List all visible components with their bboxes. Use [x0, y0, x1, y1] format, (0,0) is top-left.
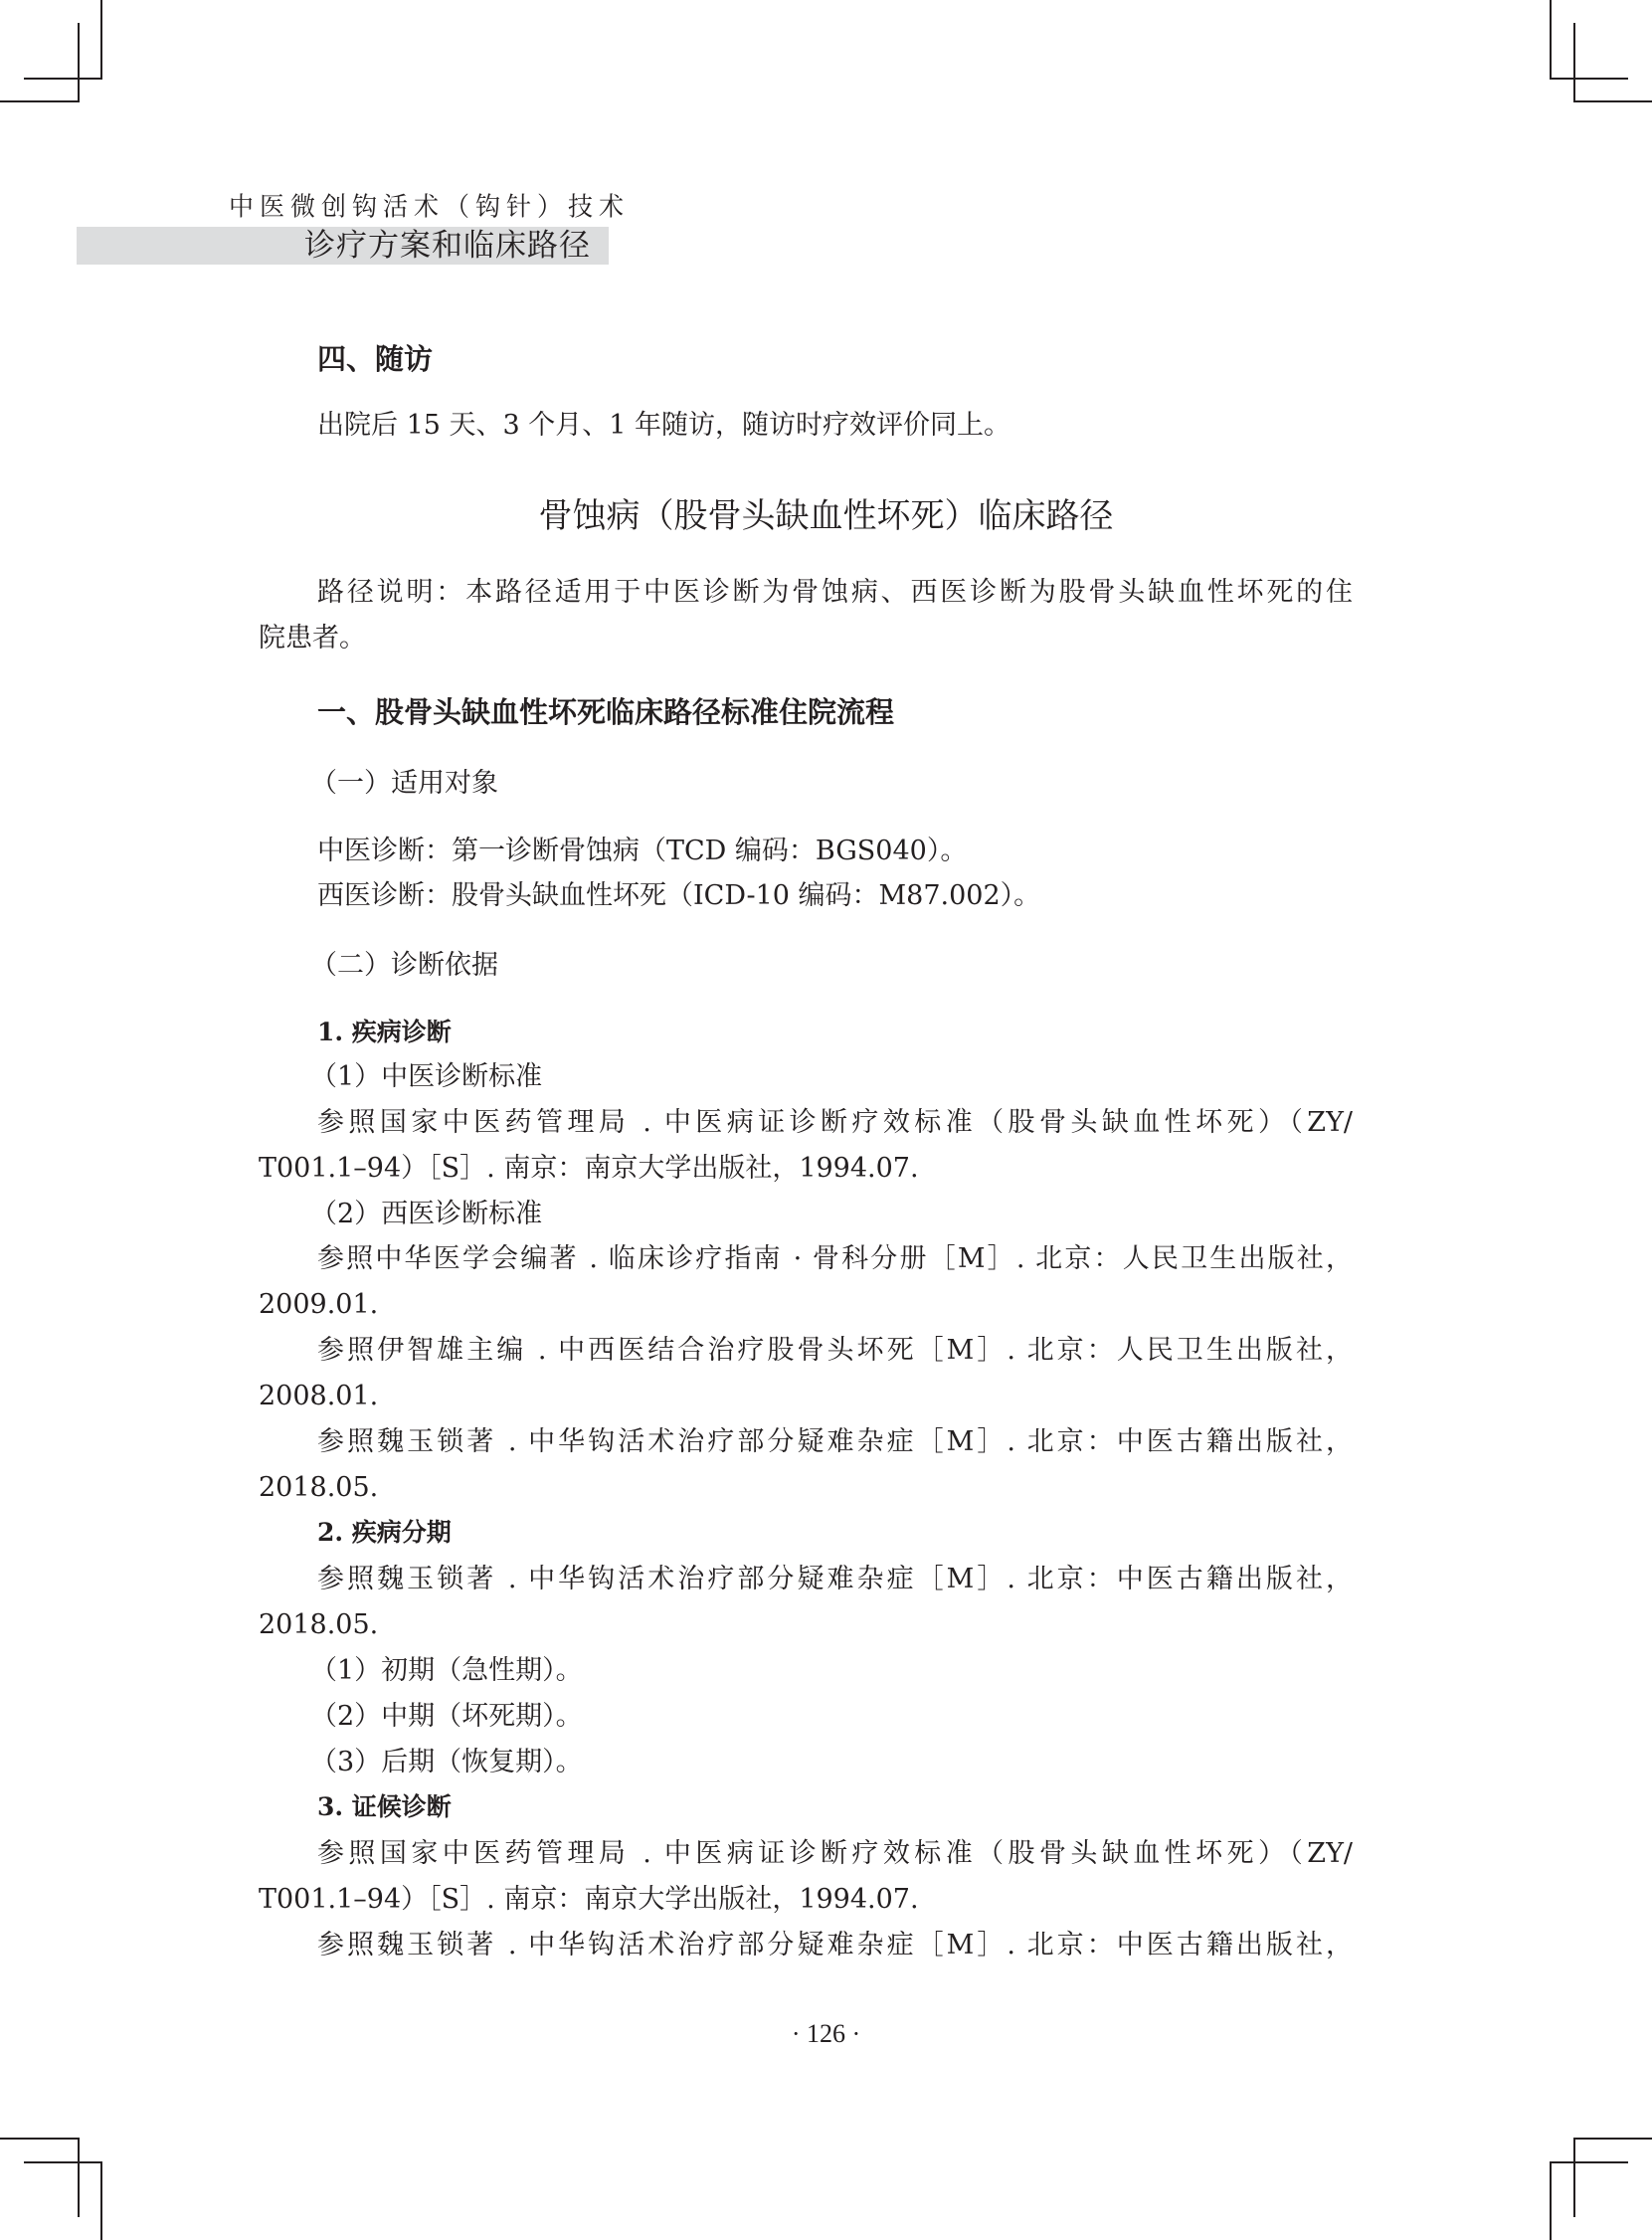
- stage-item: （2）中期（坏死期）。: [310, 1701, 1346, 1733]
- syndrome-ref1-line2: T001.1–94）［S］. 南京：南京大学出版社，1994.07.: [259, 1884, 1353, 1916]
- crop-mark-bottom-left-v1: [78, 2138, 80, 2217]
- crop-mark-top-left-v2: [78, 23, 80, 102]
- pathway-title: 骨蚀病（股骨头缺血性坏死）临床路径: [0, 495, 1652, 537]
- tcm-standard-ref1-line1: 参照国家中医药管理局 . 中医病证诊断疗效标准（股骨头缺血性坏死）（ZY/: [317, 1107, 1353, 1139]
- western-standard-ref3-line1: 参照魏玉锁著 . 中华钩活术治疗部分疑难杂症［M］. 北京：中医古籍出版社，: [317, 1426, 1353, 1458]
- crop-mark-bottom-right-h2: [1550, 2161, 1628, 2163]
- crop-mark-bottom-left-v2: [100, 2161, 102, 2240]
- stage-item: （3）后期（恢复期）。: [310, 1747, 1346, 1778]
- syndrome-ref1-line1: 参照国家中医药管理局 . 中医病证诊断疗效标准（股骨头缺血性坏死）（ZY/: [317, 1838, 1353, 1870]
- staging-ref-line1: 参照魏玉锁著 . 中华钩活术治疗部分疑难杂症［M］. 北京：中医古籍出版社，: [317, 1564, 1353, 1595]
- pathway-description-line1: 路径说明：本路径适用于中医诊断为骨蚀病、西医诊断为股骨头缺血性坏死的住: [317, 577, 1353, 609]
- running-header-book-title: 诊疗方案和临床路径: [304, 227, 591, 265]
- tcm-standard-heading: （1）中医诊断标准: [310, 1061, 1346, 1093]
- crop-mark-top-right-v2: [1573, 23, 1575, 102]
- western-standard-heading: （2）西医诊断标准: [310, 1199, 1346, 1230]
- syndrome-heading: 3. 证候诊断: [317, 1792, 1353, 1822]
- section1-heading: 一、股骨头缺血性坏死临床路径标准住院流程: [317, 695, 1353, 729]
- followup-text: 出院后 15 天、3 个月、1 年随访，随访时疗效评价同上。: [317, 410, 1353, 442]
- running-header-series-title: 中医微创钩活术（钩针）技术: [229, 186, 547, 224]
- western-standard-ref1-line1: 参照中华医学会编著 . 临床诊疗指南 · 骨科分册［M］. 北京：人民卫生出版社…: [317, 1243, 1353, 1275]
- applicable-heading: （一）适用对象: [310, 768, 1404, 800]
- western-standard-ref1-line2: 2009.01.: [259, 1289, 1353, 1321]
- crop-mark-top-right-h2: [1573, 100, 1652, 102]
- page-number: · 126 ·: [0, 2019, 1652, 2049]
- pathway-title-text: 骨蚀病（股骨头缺血性坏死）临床路径: [539, 495, 1114, 537]
- staging-heading: 2. 疾病分期: [317, 1518, 1353, 1548]
- basis-heading: （二）诊断依据: [310, 950, 1404, 982]
- pathway-description-line2: 院患者。: [259, 623, 1353, 654]
- western-diagnosis: 西医诊断：股骨头缺血性坏死（ICD-10 编码：M87.002）。: [317, 880, 1353, 912]
- tcm-diagnosis: 中医诊断：第一诊断骨蚀病（TCD 编码：BGS040）。: [317, 836, 1353, 867]
- crop-mark-top-left-h1: [24, 78, 102, 80]
- crop-mark-bottom-right-h1: [1573, 2138, 1652, 2140]
- disease-diagnosis-heading: 1. 疾病诊断: [317, 1018, 1353, 1047]
- stage-item: （1）初期（急性期）。: [310, 1655, 1346, 1687]
- crop-mark-top-left-v1: [100, 0, 102, 79]
- crop-mark-bottom-left-h2: [24, 2161, 102, 2163]
- crop-mark-bottom-right-v2: [1550, 2161, 1552, 2240]
- running-header-band: 诊疗方案和临床路径: [77, 227, 609, 265]
- crop-mark-bottom-left-h1: [0, 2138, 80, 2140]
- western-standard-ref3-line2: 2018.05.: [259, 1472, 1353, 1504]
- staging-ref-line2: 2018.05.: [259, 1609, 1353, 1641]
- tcm-standard-ref1-line2: T001.1–94）［S］. 南京：南京大学出版社，1994.07.: [259, 1153, 1353, 1185]
- crop-mark-top-left-h2: [0, 100, 80, 102]
- followup-heading: 四、随访: [317, 342, 1353, 376]
- crop-mark-top-right-h1: [1550, 78, 1628, 80]
- crop-mark-top-right-v1: [1550, 0, 1552, 79]
- crop-mark-bottom-right-v1: [1573, 2138, 1575, 2217]
- western-standard-ref2-line2: 2008.01.: [259, 1381, 1353, 1412]
- syndrome-ref2-line1: 参照魏玉锁著 . 中华钩活术治疗部分疑难杂症［M］. 北京：中医古籍出版社，: [317, 1930, 1353, 1961]
- western-standard-ref2-line1: 参照伊智雄主编 . 中西医结合治疗股骨头坏死［M］. 北京：人民卫生出版社，: [317, 1335, 1353, 1367]
